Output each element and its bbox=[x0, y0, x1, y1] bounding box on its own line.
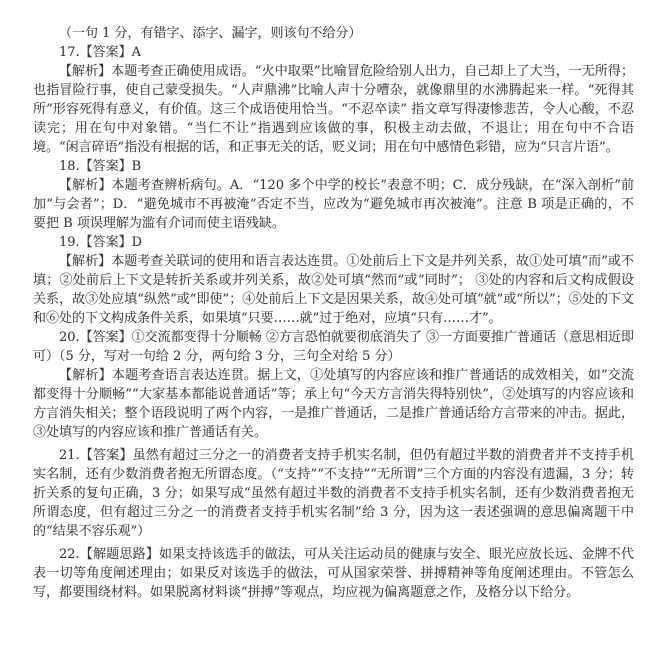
q19-answer-line: 19.【答案】D bbox=[33, 233, 634, 252]
q17-analysis: 【解析】本题考查正确使用成语。“火中取栗”比喻冒危险给别人出力，自己却上了大当，… bbox=[33, 62, 634, 157]
q21-answer-line: 21.【答案】虽然有超过三分之一的消费者支持手机实名制，但仍有超过半数的消费者并… bbox=[33, 446, 634, 541]
q20-answer-line: 20.【答案】①交流都变得十分顺畅 ②方言恐怕就要彻底消失了 ③一方面要推广普通… bbox=[33, 328, 634, 366]
q19-analysis: 【解析】本题考查关联词的使用和语言表达连贯。①处前后上下文是并列关系，故①处可填… bbox=[33, 252, 634, 328]
q18-answer-line: 18.【答案】B bbox=[33, 157, 634, 176]
answer-key-page: （一句 1 分，有错字、添字、漏字，则该句不给分） 17.【答案】A 【解析】本… bbox=[0, 0, 661, 664]
q18-analysis: 【解析】本题考查辨析病句。A．“120 多个中学的校长”表意不明；C．成分残缺，… bbox=[33, 176, 634, 233]
q20-analysis: 【解析】本题考查语言表达连贯。据上文，①处填写的内容应该和推广普通话的成效相关，… bbox=[33, 366, 634, 442]
q22-thinking-line: 22.【解题思路】如果支持该选手的做法，可从关注运动员的健康与安全、眼光应放长远… bbox=[33, 545, 634, 602]
q17-answer-line: 17.【答案】A bbox=[33, 43, 634, 62]
scoring-note: （一句 1 分，有错字、添字、漏字，则该句不给分） bbox=[33, 24, 634, 43]
